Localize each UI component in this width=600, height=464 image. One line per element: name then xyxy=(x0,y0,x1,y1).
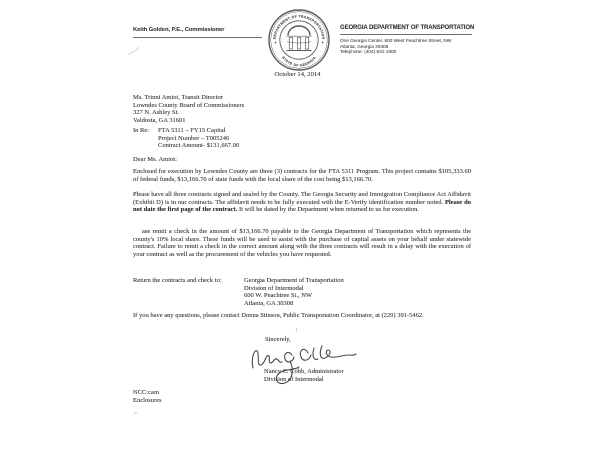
recipient-name: Ms. Trinni Amiot, Transit Director xyxy=(133,94,244,102)
signer-division: Division of Intermodal xyxy=(264,376,344,384)
return-org: Georgia Department of Transportation xyxy=(244,277,344,285)
in-re-label: In Re: xyxy=(133,127,158,150)
recipient-street: 327 N. Ashley St. xyxy=(133,109,244,117)
scan-artifact xyxy=(127,44,141,58)
return-label: Return the contracts and check to: xyxy=(133,277,244,307)
return-division: Division of Intermodal xyxy=(244,285,344,293)
return-street: 600 W. Peachtree St., NW xyxy=(244,292,344,300)
enclosures-note: Enclosures xyxy=(133,397,162,405)
paragraph-2-text-end: It will be dated by the Department when … xyxy=(237,206,419,213)
svg-text:STATE OF GEORGIA: STATE OF GEORGIA xyxy=(281,55,317,67)
in-re-block: In Re: FTA 5311 – FY15 Capital Project N… xyxy=(133,127,239,150)
seal-bottom-text: STATE OF GEORGIA xyxy=(281,55,317,67)
in-re-contract-amount: Contract Amount- $131,667.00 xyxy=(158,142,239,150)
scan-artifact xyxy=(296,328,298,332)
recipient-org: Lowndes County Board of Commissioners xyxy=(133,102,244,110)
recipient-address: Ms. Trinni Amiot, Transit Director Lownd… xyxy=(133,94,244,124)
in-re-program: FTA 5311 – FY15 Capital xyxy=(158,127,239,135)
body-paragraph-1: Enclosed for execution by Lowndes County… xyxy=(133,168,471,183)
return-city: Atlanta, GA 30308 xyxy=(244,300,344,308)
agency-title: GEORGIA DEPARTMENT OF TRANSPORTATION xyxy=(340,25,472,35)
return-block: Return the contracts and check to: Georg… xyxy=(133,277,344,307)
letter-date: October 14, 2014 xyxy=(240,71,355,78)
paragraph-2-text: Please have all three contracts signed a… xyxy=(133,191,471,206)
reference-initials: NCC:cam xyxy=(133,389,162,397)
body-paragraph-2: Please have all three contracts signed a… xyxy=(133,191,471,214)
georgia-dot-seal-icon: DEPARTMENT OF TRANSPORTATION STATE OF GE… xyxy=(266,8,332,72)
body-paragraph-3: ase remit a check in the amount of $13,1… xyxy=(133,228,471,258)
agency-address-line3: Telephone: (404) 631-1000 xyxy=(340,49,472,55)
salutation: Dear Ms. Amiot: xyxy=(133,156,177,163)
recipient-city: Valdosta, GA 31601 xyxy=(133,117,244,125)
letterhead-right: GEORGIA DEPARTMENT OF TRANSPORTATION One… xyxy=(340,25,472,55)
contact-paragraph: If you have any questions, please contac… xyxy=(133,312,471,320)
scanned-letter-page: Keith Golden, P.E., Commissioner DEPARTM… xyxy=(0,0,600,464)
scan-artifact xyxy=(134,412,137,414)
return-address: Georgia Department of Transportation Div… xyxy=(244,277,344,307)
footer-references: NCC:cam Enclosures xyxy=(133,389,162,404)
commissioner-name: Keith Golden, P.E., Commissioner xyxy=(133,27,262,38)
signer-name-title: Nancy C. Cobb, Administrator xyxy=(264,368,344,376)
in-re-lines: FTA 5311 – FY15 Capital Project Number –… xyxy=(158,127,239,150)
signer-block: Nancy C. Cobb, Administrator Division of… xyxy=(264,368,344,383)
